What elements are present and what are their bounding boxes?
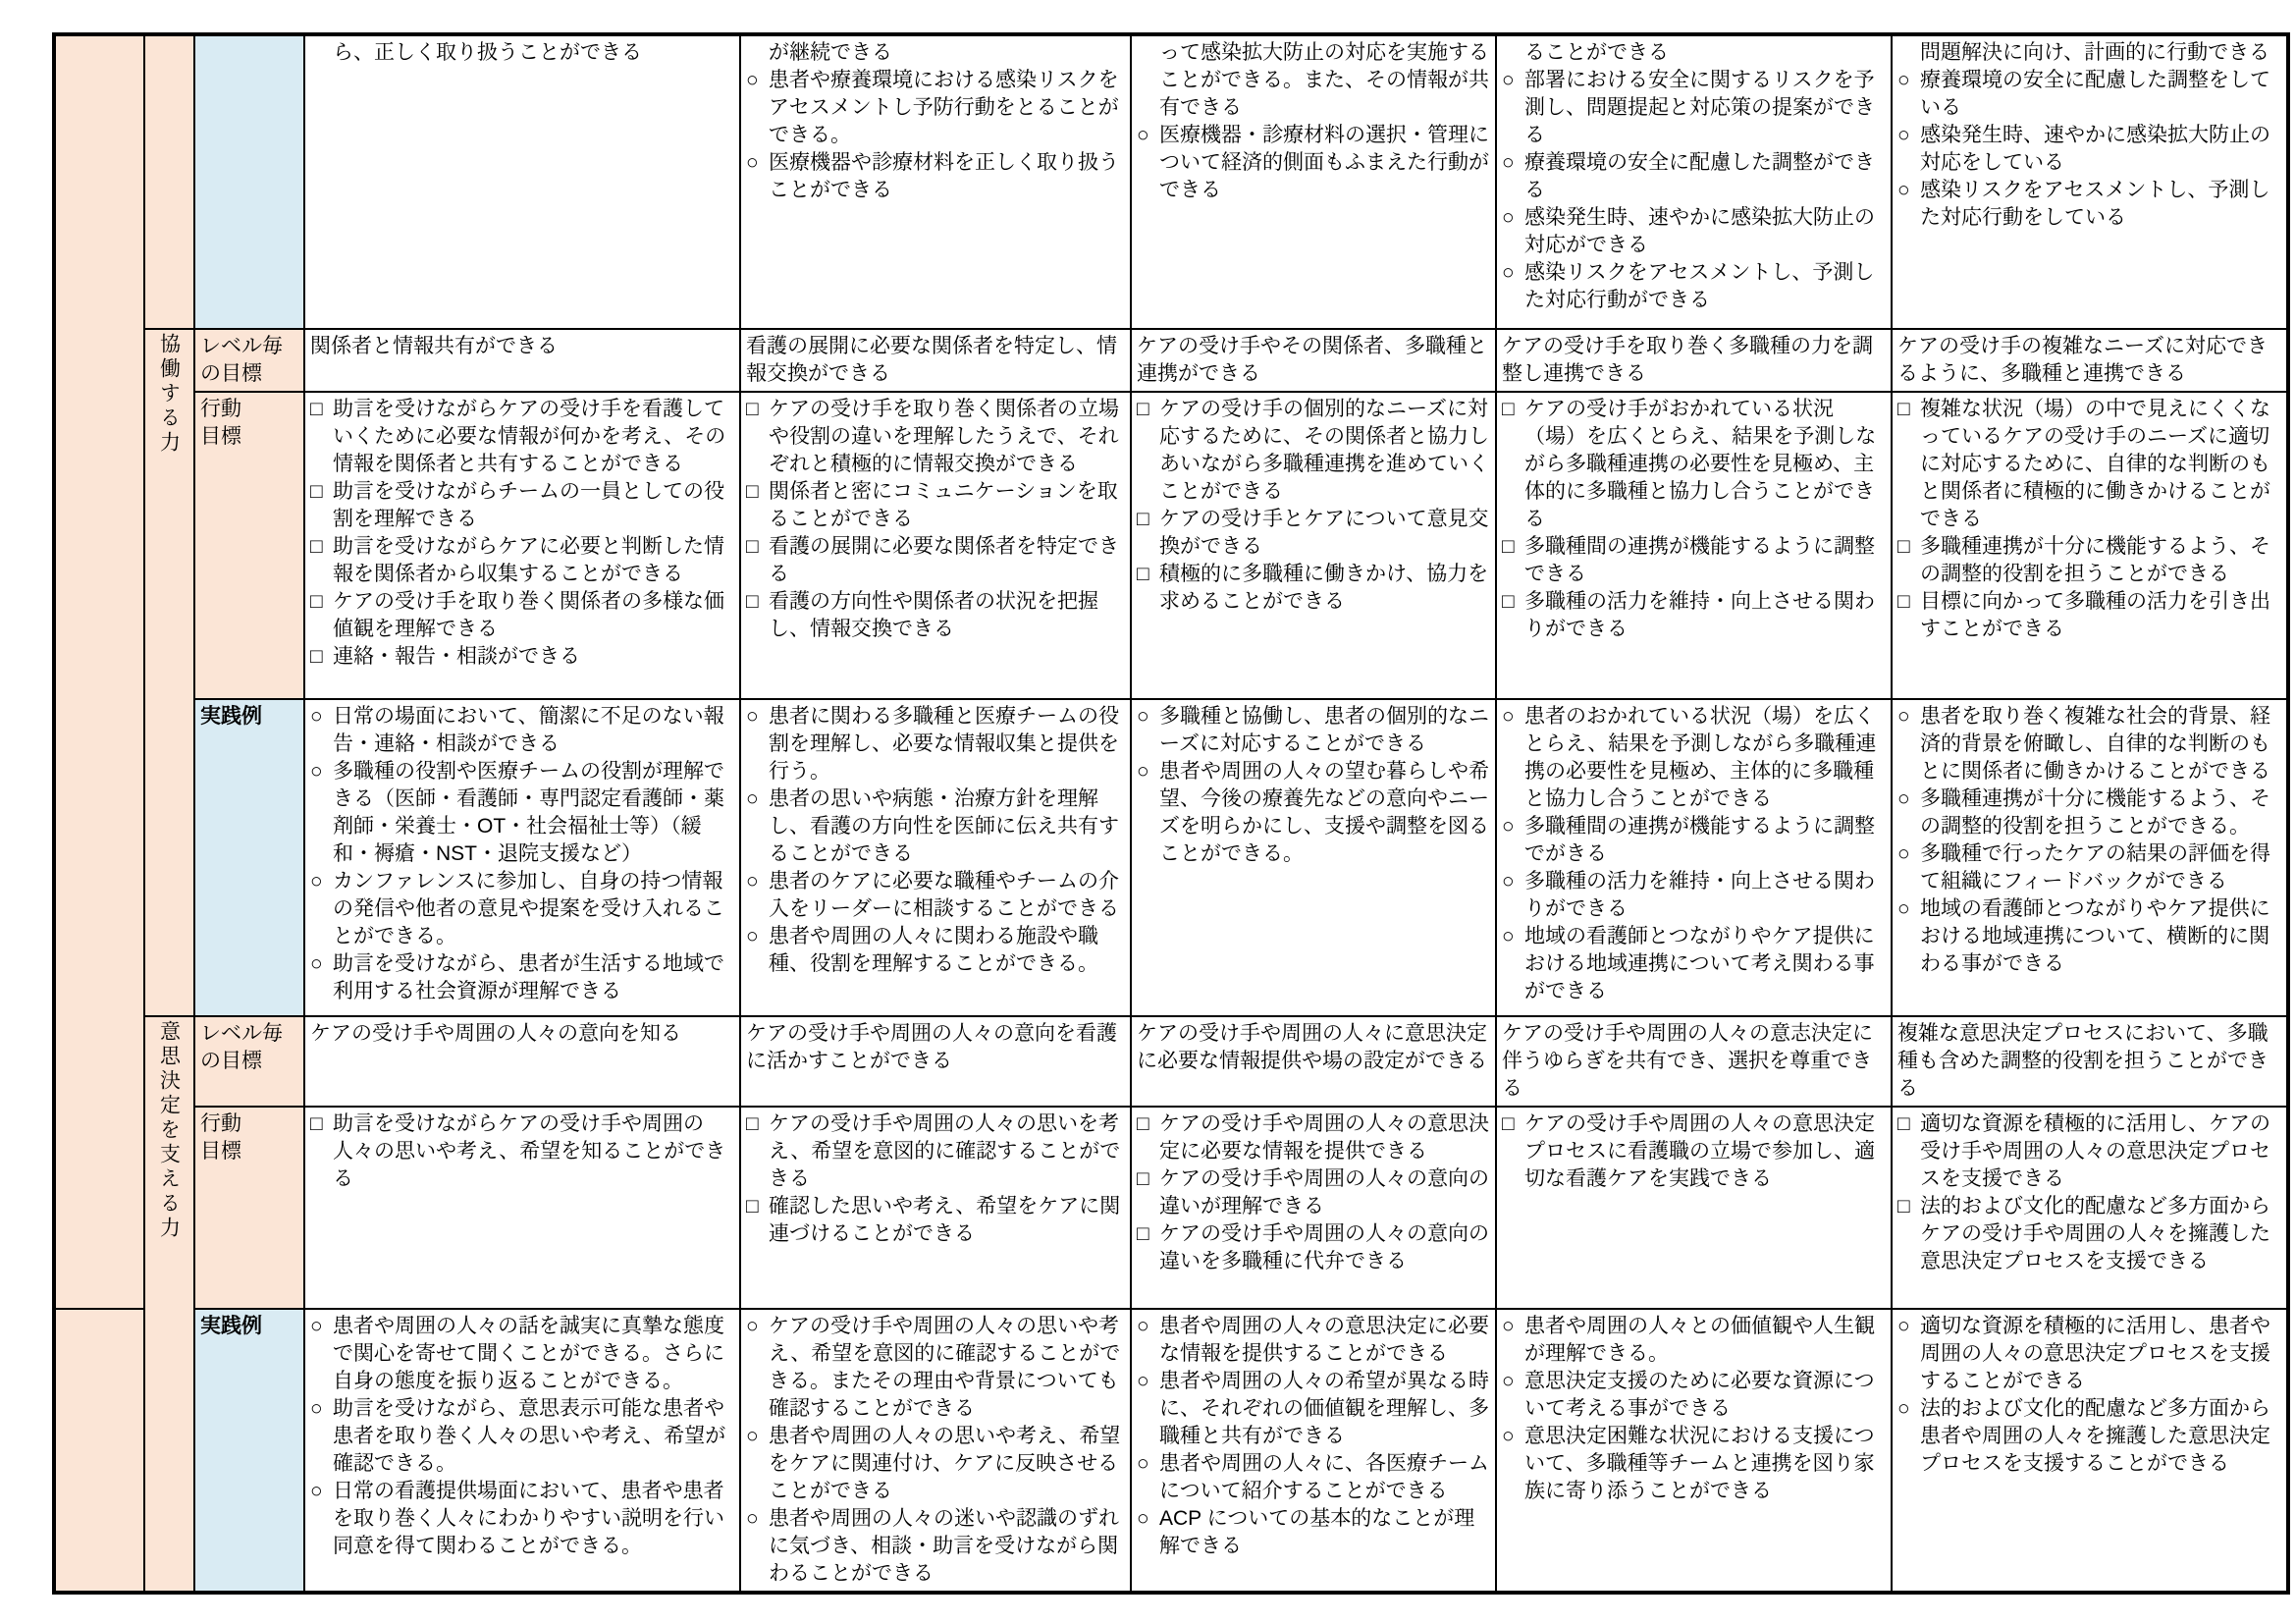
circle-marker: ○ [1502, 1423, 1524, 1450]
item-text: 療養環境の安全に配慮した調整ができる [1524, 149, 1885, 204]
cell-item: □助言を受けながらチームの一員としての役割を理解できる [310, 478, 733, 533]
item-text: 感染リスクをアセスメントし、予測した対応行動をしている [1920, 177, 2280, 232]
cell-item: □ケアの受け手や周囲の人々の意向の違いが理解できる [1137, 1165, 1489, 1220]
item-text: 助言を受けながらケアに必要と判断した情報を関係者から収集することができる [333, 533, 733, 588]
cell-item: ○日常の看護提供場面において、患者や患者を取り巻く人々にわかりやすい説明を行い同… [310, 1478, 733, 1560]
cell-item: ○感染リスクをアセスメントし、予測した対応行動ができる [1502, 259, 1885, 314]
cell-item: □連絡・報告・相談ができる [310, 643, 733, 671]
checkbox-marker: □ [746, 478, 769, 506]
section-title-decision: 意思決定を支える力 [157, 1020, 180, 1241]
checkbox-marker: □ [746, 588, 769, 616]
item-text: 助言を受けながら、意思表示可能な患者や患者を取り巻く人々の思いや考え、希望が確認… [333, 1395, 733, 1478]
checkbox-marker: □ [1897, 396, 1920, 423]
circle-marker: ○ [746, 67, 769, 94]
checkbox-marker: □ [310, 396, 333, 423]
circle-marker: ○ [1502, 868, 1524, 895]
cell-collab-goal-level5: ケアの受け手の複雑なニーズに対応できるように、多職種と連携できる [1892, 329, 2288, 392]
item-text: ケアの受け手の個別的なニーズに対応するために、その関係者と協力しあいながら多職種… [1159, 396, 1489, 506]
item-text: 連絡・報告・相談ができる [333, 643, 733, 671]
row-label-goal-collab: レベル毎 の目標 [194, 329, 304, 392]
item-text: 患者のケアに必要な職種やチームの介入をリーダーに相談することができる [769, 868, 1124, 923]
cell-item: ○意思決定支援のために必要な資源について考える事ができる [1502, 1368, 1885, 1423]
checkbox-marker: □ [746, 1110, 769, 1138]
item-text: 感染リスクをアセスメントし、予測した対応行動ができる [1524, 259, 1885, 314]
item-text: 地域の看護師とつながりやケア提供における地域連携について考え関わる事ができる [1524, 923, 1885, 1005]
item-text: 多職種の活力を維持・向上させる関わりができる [1524, 868, 1885, 923]
item-text: ることができる [1524, 39, 1885, 67]
circle-marker: ○ [310, 868, 333, 895]
item-text: 地域の看護師とつながりやケア提供における地域連携について、横断的に関わる事ができ… [1920, 895, 2280, 978]
checkbox-marker: □ [310, 478, 333, 506]
cell-item: ○医療機器・診療材料の選択・管理について経済的側面もふまえた行動ができる [1137, 122, 1489, 204]
cell-item: □助言を受けながらケアに必要と判断した情報を関係者から収集することができる [310, 533, 733, 588]
item-text: 部署における安全に関するリスクを予測し、問題提起と対応策の提案ができる [1524, 67, 1885, 149]
row-decision-goal: 意思決定を支える力 レベル毎 の目標 ケアの受け手や周囲の人々の意向を知る ケア… [54, 1016, 2288, 1107]
row-collaboration-goal: 協働する力 レベル毎 の目標 関係者と情報共有ができる 看護の展開に必要な関係者… [54, 329, 2288, 392]
cell-item: ○患者を取り巻く複雑な社会的背景、経済的背景を俯瞰し、自律的な判断のもとに関係者… [1897, 703, 2280, 785]
circle-marker: ○ [1137, 1505, 1159, 1533]
cell-item: ○感染リスクをアセスメントし、予測した対応行動をしている [1897, 177, 2280, 232]
item-text: カンファレンスに参加し、自身の持つ情報の発信や他者の意見や提案を受け入れることが… [333, 868, 733, 950]
cell-decision-action-level1: □助言を受けながらケアの受け手や周囲の人々の思いや考え、希望を知ることができる [304, 1107, 740, 1309]
circle-marker: ○ [310, 1478, 333, 1505]
item-text: 患者や周囲の人々の思いや考え、希望をケアに関連付け、ケアに反映させることができる [769, 1423, 1124, 1505]
item-text: ら、正しく取り扱うことができる [333, 39, 733, 67]
item-text: 積極的に多職種に働きかけ、協力を求めることができる [1159, 561, 1489, 616]
circle-marker: ○ [1897, 703, 1920, 731]
left-margin-cell-bottom [54, 1309, 144, 1593]
item-text: 適切な資源を積極的に活用し、ケアの受け手や周囲の人々の意思決定プロセスを支援でき… [1920, 1110, 2280, 1193]
cell-item: □ケアの受け手を取り巻く関係者の多様な価値観を理解できる [310, 588, 733, 643]
item-text: が継続できる [769, 39, 1124, 67]
section-cell-collaboration: 協働する力 [144, 329, 194, 1016]
cell-collab-action-level2: □ケアの受け手を取り巻く関係者の立場や役割の違いを理解したうえで、それぞれと積極… [740, 392, 1131, 699]
item-text: 患者や周囲の人々に関わる施設や職種、役割を理解することができる。 [769, 923, 1124, 978]
cell-item: ○日常の場面において、簡潔に不足のない報告・連絡・相談ができる [310, 703, 733, 758]
item-text: 多職種間の連携が機能するように調整できる [1524, 533, 1885, 588]
cell-decision-practice-level1: ○患者や周囲の人々の話を誠実に真摯な態度で関心を寄せて聞くことができる。さらに自… [304, 1309, 740, 1593]
checkbox-marker: □ [1897, 588, 1920, 616]
cell-item: ○多職種間の連携が機能するように調整でがきる [1502, 813, 1885, 868]
cell-item: ○患者の思いや病態・治療方針を理解し、看護の方向性を医師に伝え共有することができ… [746, 785, 1124, 868]
circle-marker: ○ [746, 1313, 769, 1340]
cell-item: ○感染発生時、速やかに感染拡大防止の対応ができる [1502, 204, 1885, 259]
item-text: 意思決定支援のために必要な資源について考える事ができる [1524, 1368, 1885, 1423]
section-cell-decision: 意思決定を支える力 [144, 1016, 194, 1593]
item-text: ACP についての基本的なことが理解できる [1159, 1505, 1489, 1560]
item-text: 医療機器や診療材料を正しく取り扱うことができる [769, 149, 1124, 204]
cell-collab-goal-level1: 関係者と情報共有ができる [304, 329, 740, 392]
cell-item: ○医療機器や診療材料を正しく取り扱うことができる [746, 149, 1124, 204]
cell-collab-goal-level4: ケアの受け手を取り巻く多職種の力を調整し連携できる [1496, 329, 1892, 392]
checkbox-marker: □ [1502, 396, 1524, 423]
item-text: 感染発生時、速やかに感染拡大防止の対応をしている [1920, 122, 2280, 177]
cell-decision-action-level4: □ケアの受け手や周囲の人々の意思決定プロセスに看護職の立場で参加し、適切な看護ケ… [1496, 1107, 1892, 1309]
cell-collab-action-level1: □助言を受けながらケアの受け手を看護していくために必要な情報が何かを考え、その情… [304, 392, 740, 699]
row-label-action-decision: 行動 目標 [194, 1107, 304, 1309]
cell-item: □確認した思いや考え、希望をケアに関連づけることができる [746, 1193, 1124, 1248]
checkbox-marker: □ [1502, 588, 1524, 616]
cell-item: □看護の方向性や関係者の状況を把握し、情報交換できる [746, 588, 1124, 643]
circle-marker: ○ [1502, 923, 1524, 950]
cell-item: □法的および文化的配慮など多方面からケアの受け手や周囲の人々を擁護した意思決定プ… [1897, 1193, 2280, 1275]
circle-marker: ○ [1502, 1313, 1524, 1340]
checkbox-marker: □ [746, 396, 769, 423]
cell-decision-action-level5: □適切な資源を積極的に活用し、ケアの受け手や周囲の人々の意思決定プロセスを支援で… [1892, 1107, 2288, 1309]
cell-cont-level1: ら、正しく取り扱うことができる [304, 34, 740, 329]
cell-item: ○患者や周囲の人々の希望が異なる時に、それぞれの価値観を理解し、多職種と共有がで… [1137, 1368, 1489, 1450]
section-label-spacer [144, 34, 194, 329]
item-text: 助言を受けながらケアの受け手や周囲の人々の思いや考え、希望を知ることができる [333, 1110, 733, 1193]
cell-item: ○部署における安全に関するリスクを予測し、問題提起と対応策の提案ができる [1502, 67, 1885, 149]
circle-marker: ○ [746, 923, 769, 950]
item-text: 多職種連携が十分に機能するよう、その調整的役割を担うことができる。 [1920, 785, 2280, 840]
left-margin-cell [54, 34, 144, 1309]
cell-item: ○患者や周囲の人々の望む暮らしや希望、今後の療養先などの意向やニーズを明らかにし… [1137, 758, 1489, 868]
circle-marker: ○ [746, 868, 769, 895]
checkbox-marker: □ [1137, 1110, 1159, 1138]
item-text: 看護の方向性や関係者の状況を把握し、情報交換できる [769, 588, 1124, 643]
circle-marker: ○ [1137, 1450, 1159, 1478]
item-text: ケアの受け手や周囲の人々の意思決定に必要な情報を提供できる [1159, 1110, 1489, 1165]
cell-item: □多職種間の連携が機能するように調整できる [1502, 533, 1885, 588]
cell-item: 問題解決に向け、計画的に行動できる [1897, 39, 2280, 67]
item-text: 患者や周囲の人々との価値観や人生観が理解できる。 [1524, 1313, 1885, 1368]
cell-item: □多職種連携が十分に機能するよう、その調整的役割を担うことができる [1897, 533, 2280, 588]
cell-decision-practice-level5: ○適切な資源を積極的に活用し、患者や周囲の人々の意思決定プロセスを支援することが… [1892, 1309, 2288, 1593]
row-collaboration-practice: 実践例 ○日常の場面において、簡潔に不足のない報告・連絡・相談ができる○多職種の… [54, 699, 2288, 1016]
circle-marker: ○ [1137, 1368, 1159, 1395]
cell-item: ○感染発生時、速やかに感染拡大防止の対応をしている [1897, 122, 2280, 177]
circle-marker: ○ [1897, 1395, 1920, 1423]
row-collaboration-action: 行動 目標 □助言を受けながらケアの受け手を看護していくために必要な情報が何かを… [54, 392, 2288, 699]
cell-decision-goal-level4: ケアの受け手や周囲の人々の意志決定に伴うゆらぎを共有でき、選択を尊重できる [1496, 1016, 1892, 1107]
circle-marker: ○ [746, 149, 769, 177]
item-text: ケアの受け手がおかれている状況（場）を広くとらえ、結果を予測しながら多職種連携の… [1524, 396, 1885, 533]
circle-marker: ○ [746, 1423, 769, 1450]
cell-item: ○患者や周囲の人々の思いや考え、希望をケアに関連付け、ケアに反映させることができ… [746, 1423, 1124, 1505]
item-text: 患者や周囲の人々の希望が異なる時に、それぞれの価値観を理解し、多職種と共有ができ… [1159, 1368, 1489, 1450]
section-title-collaboration: 協働する力 [157, 333, 180, 456]
item-text: って感染拡大防止の対応を実施することができる。また、その情報が共有できる [1159, 39, 1489, 122]
item-text: 助言を受けながらチームの一員としての役割を理解できる [333, 478, 733, 533]
item-text: ケアの受け手とケアについて意見交換ができる [1159, 506, 1489, 561]
checkbox-marker: □ [1897, 1110, 1920, 1138]
item-text: 医療機器・診療材料の選択・管理について経済的側面もふまえた行動ができる [1159, 122, 1489, 204]
item-text: 適切な資源を積極的に活用し、患者や周囲の人々の意思決定プロセスを支援することがで… [1920, 1313, 2280, 1395]
item-text: 多職種と協働し、患者の個別的なニーズに対応することができる [1159, 703, 1489, 758]
item-text: ケアの受け手や周囲の人々の思いや考え、希望を意図的に確認することができる。またそ… [769, 1313, 1124, 1423]
item-text: 意思決定困難な状況における支援について、多職種等チームと連携を図り家族に寄り添う… [1524, 1423, 1885, 1505]
item-text: 多職種の役割や医療チームの役割が理解できる（医師・看護師・専門認定看護師・薬剤師… [333, 758, 733, 868]
cell-item: ○助言を受けながら、意思表示可能な患者や患者を取り巻く人々の思いや考え、希望が確… [310, 1395, 733, 1478]
checkbox-marker: □ [310, 533, 333, 561]
cell-collab-action-level3: □ケアの受け手の個別的なニーズに対応するために、その関係者と協力しあいながら多職… [1131, 392, 1496, 699]
item-text: 助言を受けながら、患者が生活する地域で利用する社会資源が理解できる [333, 950, 733, 1005]
item-text: 患者の思いや病態・治療方針を理解し、看護の方向性を医師に伝え共有することができる [769, 785, 1124, 868]
cell-item: □助言を受けながらケアの受け手を看護していくために必要な情報が何かを考え、その情… [310, 396, 733, 478]
cell-decision-goal-level3: ケアの受け手や周囲の人々に意思決定に必要な情報提供や場の設定ができる [1131, 1016, 1496, 1107]
circle-marker: ○ [746, 703, 769, 731]
item-text: ケアの受け手や周囲の人々の意向の違いを多職種に代弁できる [1159, 1220, 1489, 1275]
cell-item: ○意思決定困難な状況における支援について、多職種等チームと連携を図り家族に寄り添… [1502, 1423, 1885, 1505]
item-text: ケアの受け手や周囲の人々の意思決定プロセスに看護職の立場で参加し、適切な看護ケア… [1524, 1110, 1885, 1193]
cell-decision-goal-level2: ケアの受け手や周囲の人々の意向を看護に活かすことができる [740, 1016, 1131, 1107]
item-text: 療養環境の安全に配慮した調整をしている [1920, 67, 2280, 122]
circle-marker: ○ [1897, 67, 1920, 94]
cell-item: □ケアの受け手や周囲の人々の意思決定プロセスに看護職の立場で参加し、適切な看護ケ… [1502, 1110, 1885, 1193]
item-text: ケアの受け手を取り巻く関係者の立場や役割の違いを理解したうえで、それぞれと積極的… [769, 396, 1124, 478]
item-text: 患者に関わる多職種と医療チームの役割を理解し、必要な情報収集と提供を行う。 [769, 703, 1124, 785]
checkbox-marker: □ [1502, 1110, 1524, 1138]
cell-decision-action-level3: □ケアの受け手や周囲の人々の意思決定に必要な情報を提供できる□ケアの受け手や周囲… [1131, 1107, 1496, 1309]
cell-item: ○多職種の役割や医療チームの役割が理解できる（医師・看護師・専門認定看護師・薬剤… [310, 758, 733, 868]
item-text: 患者や周囲の人々に、各医療チームについて紹介することができる [1159, 1450, 1489, 1505]
checkbox-marker: □ [1137, 396, 1159, 423]
checkbox-marker: □ [310, 1110, 333, 1138]
item-text: 日常の場面において、簡潔に不足のない報告・連絡・相談ができる [333, 703, 733, 758]
row-label-action-collab: 行動 目標 [194, 392, 304, 699]
cell-item: □ケアの受け手を取り巻く関係者の立場や役割の違いを理解したうえで、それぞれと積極… [746, 396, 1124, 478]
cell-item: ○カンファレンスに参加し、自身の持つ情報の発信や他者の意見や提案を受け入れること… [310, 868, 733, 950]
cell-collab-practice-level2: ○患者に関わる多職種と医療チームの役割を理解し、必要な情報収集と提供を行う。○患… [740, 699, 1131, 1016]
circle-marker: ○ [310, 703, 333, 731]
cell-item: ○療養環境の安全に配慮した調整ができる [1502, 149, 1885, 204]
circle-marker: ○ [1502, 703, 1524, 731]
checkbox-marker: □ [1137, 506, 1159, 533]
item-text: 感染発生時、速やかに感染拡大防止の対応ができる [1524, 204, 1885, 259]
cell-decision-practice-level3: ○患者や周囲の人々の意思決定に必要な情報を提供することができる○患者や周囲の人々… [1131, 1309, 1496, 1593]
cell-collab-practice-level1: ○日常の場面において、簡潔に不足のない報告・連絡・相談ができる○多職種の役割や医… [304, 699, 740, 1016]
checkbox-marker: □ [1897, 1193, 1920, 1220]
cell-item: ○多職種の活力を維持・向上させる関わりができる [1502, 868, 1885, 923]
checkbox-marker: □ [1137, 561, 1159, 588]
cell-item: が継続できる [746, 39, 1124, 67]
circle-marker: ○ [1502, 1368, 1524, 1395]
item-text: 多職種で行ったケアの結果の評価を得て組織にフィードバックができる [1920, 840, 2280, 895]
circle-marker: ○ [746, 1505, 769, 1533]
cell-item: ○患者や周囲の人々に、各医療チームについて紹介することができる [1137, 1450, 1489, 1505]
circle-marker: ○ [1897, 1313, 1920, 1340]
cell-item: ○ACP についての基本的なことが理解できる [1137, 1505, 1489, 1560]
cell-item: □目標に向かって多職種の活力を引き出すことができる [1897, 588, 2280, 643]
item-text: 複雑な状況（場）の中で見えにくくなっているケアの受け手のニーズに適切に対応するた… [1920, 396, 2280, 533]
cell-item: ○療養環境の安全に配慮した調整をしている [1897, 67, 2280, 122]
cell-item: ○患者や周囲の人々との価値観や人生観が理解できる。 [1502, 1313, 1885, 1368]
checkbox-marker: □ [1137, 1220, 1159, 1248]
cell-cont-level5: 問題解決に向け、計画的に行動できる○療養環境の安全に配慮した調整をしている○感染… [1892, 34, 2288, 329]
checkbox-marker: □ [746, 533, 769, 561]
circle-marker: ○ [1502, 204, 1524, 232]
cell-item: □ケアの受け手や周囲の人々の思いを考え、希望を意図的に確認することができる [746, 1110, 1124, 1193]
circle-marker: ○ [310, 950, 333, 978]
cell-item: ○助言を受けながら、患者が生活する地域で利用する社会資源が理解できる [310, 950, 733, 1005]
cell-item: ○患者や周囲の人々の話を誠実に真摯な態度で関心を寄せて聞くことができる。さらに自… [310, 1313, 733, 1395]
cell-item: ○患者や療養環境における感染リスクをアセスメントし予防行動をとることができる。 [746, 67, 1124, 149]
item-text: 多職種連携が十分に機能するよう、その調整的役割を担うことができる [1920, 533, 2280, 588]
circle-marker: ○ [1897, 122, 1920, 149]
circle-marker: ○ [310, 1395, 333, 1423]
item-text: 確認した思いや考え、希望をケアに関連づけることができる [769, 1193, 1124, 1248]
circle-marker: ○ [1502, 813, 1524, 840]
item-text: 目標に向かって多職種の活力を引き出すことができる [1920, 588, 2280, 643]
cell-item: □適切な資源を積極的に活用し、ケアの受け手や周囲の人々の意思決定プロセスを支援で… [1897, 1110, 2280, 1193]
cell-item: ○患者や周囲の人々に関わる施設や職種、役割を理解することができる。 [746, 923, 1124, 978]
clinical-ladder-table: ら、正しく取り扱うことができる が継続できる○患者や療養環境における感染リスクを… [52, 32, 2290, 1595]
row-decision-practice: 実践例 ○患者や周囲の人々の話を誠実に真摯な態度で関心を寄せて聞くことができる。… [54, 1309, 2288, 1593]
cell-decision-goal-level5: 複雑な意思決定プロセスにおいて、多職種も含めた調整的役割を担うことができる [1892, 1016, 2288, 1107]
item-text: ケアの受け手や周囲の人々の思いを考え、希望を意図的に確認することができる [769, 1110, 1124, 1193]
circle-marker: ○ [1137, 758, 1159, 785]
item-text: ケアの受け手を取り巻く関係者の多様な価値観を理解できる [333, 588, 733, 643]
cell-item: □ケアの受け手や周囲の人々の意思決定に必要な情報を提供できる [1137, 1110, 1489, 1165]
cell-decision-goal-level1: ケアの受け手や周囲の人々の意向を知る [304, 1016, 740, 1107]
cell-cont-level3: って感染拡大防止の対応を実施することができる。また、その情報が共有できる○医療機… [1131, 34, 1496, 329]
cell-item: ○患者や周囲の人々の迷いや認識のずれに気づき、相談・助言を受けながら関わることが… [746, 1505, 1124, 1588]
cell-item: □ケアの受け手がおかれている状況（場）を広くとらえ、結果を予測しながら多職種連携… [1502, 396, 1885, 533]
cell-decision-practice-level2: ○ケアの受け手や周囲の人々の思いや考え、希望を意図的に確認することができる。また… [740, 1309, 1131, 1593]
cell-item: ○患者のケアに必要な職種やチームの介入をリーダーに相談することができる [746, 868, 1124, 923]
cell-item: □ケアの受け手や周囲の人々の意向の違いを多職種に代弁できる [1137, 1220, 1489, 1275]
item-text: 多職種の活力を維持・向上させる関わりができる [1524, 588, 1885, 643]
cell-item: ら、正しく取り扱うことができる [310, 39, 733, 67]
circle-marker: ○ [1897, 177, 1920, 204]
cell-collab-practice-level5: ○患者を取り巻く複雑な社会的背景、経済的背景を俯瞰し、自律的な判断のもとに関係者… [1892, 699, 2288, 1016]
cell-item: ○多職種と協働し、患者の個別的なニーズに対応することができる [1137, 703, 1489, 758]
cell-cont-level4: ることができる○部署における安全に関するリスクを予測し、問題提起と対応策の提案が… [1496, 34, 1892, 329]
circle-marker: ○ [1502, 67, 1524, 94]
circle-marker: ○ [1137, 122, 1159, 149]
cell-collab-action-level5: □複雑な状況（場）の中で見えにくくなっているケアの受け手のニーズに適切に対応する… [1892, 392, 2288, 699]
cell-item: ○患者や周囲の人々の意思決定に必要な情報を提供することができる [1137, 1313, 1489, 1368]
cell-item: □ケアの受け手とケアについて意見交換ができる [1137, 506, 1489, 561]
checkbox-marker: □ [1897, 533, 1920, 561]
circle-marker: ○ [1502, 259, 1524, 287]
item-text: 法的および文化的配慮など多方面から患者や周囲の人々を擁護した意思決定プロセスを支… [1920, 1395, 2280, 1478]
row-label-practice-continued [194, 34, 304, 329]
cell-item: □ケアの受け手の個別的なニーズに対応するために、その関係者と協力しあいながら多職… [1137, 396, 1489, 506]
item-text: 問題解決に向け、計画的に行動できる [1920, 39, 2280, 67]
cell-decision-practice-level4: ○患者や周囲の人々との価値観や人生観が理解できる。○意思決定支援のために必要な資… [1496, 1309, 1892, 1593]
cell-item: ○適切な資源を積極的に活用し、患者や周囲の人々の意思決定プロセスを支援することが… [1897, 1313, 2280, 1395]
checkbox-marker: □ [310, 588, 333, 616]
cell-item: ○患者に関わる多職種と医療チームの役割を理解し、必要な情報収集と提供を行う。 [746, 703, 1124, 785]
circle-marker: ○ [1897, 895, 1920, 923]
cell-cont-level2: が継続できる○患者や療養環境における感染リスクをアセスメントし予防行動をとること… [740, 34, 1131, 329]
cell-item: □多職種の活力を維持・向上させる関わりができる [1502, 588, 1885, 643]
item-text: 患者を取り巻く複雑な社会的背景、経済的背景を俯瞰し、自律的な判断のもとに関係者に… [1920, 703, 2280, 785]
circle-marker: ○ [310, 1313, 333, 1340]
cell-item: ○多職種で行ったケアの結果の評価を得て組織にフィードバックができる [1897, 840, 2280, 895]
cell-item: ることができる [1502, 39, 1885, 67]
cell-item: ○地域の看護師とつながりやケア提供における地域連携について考え関わる事ができる [1502, 923, 1885, 1005]
cell-item: □関係者と密にコミュニケーションを取ることができる [746, 478, 1124, 533]
cell-item: □看護の展開に必要な関係者を特定できる [746, 533, 1124, 588]
document-page: ら、正しく取り扱うことができる が継続できる○患者や療養環境における感染リスクを… [0, 0, 2296, 1624]
checkbox-marker: □ [1502, 533, 1524, 561]
cell-item: □積極的に多職種に働きかけ、協力を求めることができる [1137, 561, 1489, 616]
cell-collab-goal-level3: ケアの受け手やその関係者、多職種と連携ができる [1131, 329, 1496, 392]
cell-item: ○患者のおかれている状況（場）を広くとらえ、結果を予測しながら多職種連携の必要性… [1502, 703, 1885, 813]
item-text: 患者や療養環境における感染リスクをアセスメントし予防行動をとることができる。 [769, 67, 1124, 149]
circle-marker: ○ [1137, 1313, 1159, 1340]
cell-item: ○地域の看護師とつながりやケア提供における地域連携について、横断的に関わる事がで… [1897, 895, 2280, 978]
item-text: 患者や周囲の人々の迷いや認識のずれに気づき、相談・助言を受けながら関わることがで… [769, 1505, 1124, 1588]
cell-item: ○多職種連携が十分に機能するよう、その調整的役割を担うことができる。 [1897, 785, 2280, 840]
item-text: 多職種間の連携が機能するように調整でがきる [1524, 813, 1885, 868]
item-text: 看護の展開に必要な関係者を特定できる [769, 533, 1124, 588]
checkbox-marker: □ [310, 643, 333, 671]
circle-marker: ○ [746, 785, 769, 813]
circle-marker: ○ [1137, 703, 1159, 731]
checkbox-marker: □ [746, 1193, 769, 1220]
checkbox-marker: □ [1137, 1165, 1159, 1193]
circle-marker: ○ [1897, 785, 1920, 813]
cell-collab-goal-level2: 看護の展開に必要な関係者を特定し、情報交換ができる [740, 329, 1131, 392]
row-label-goal-decision: レベル毎 の目標 [194, 1016, 304, 1107]
item-text: 患者のおかれている状況（場）を広くとらえ、結果を予測しながら多職種連携の必要性を… [1524, 703, 1885, 813]
circle-marker: ○ [1897, 840, 1920, 868]
cell-collab-practice-level3: ○多職種と協働し、患者の個別的なニーズに対応することができる○患者や周囲の人々の… [1131, 699, 1496, 1016]
circle-marker: ○ [1502, 149, 1524, 177]
cell-collab-practice-level4: ○患者のおかれている状況（場）を広くとらえ、結果を予測しながら多職種連携の必要性… [1496, 699, 1892, 1016]
cell-item: □複雑な状況（場）の中で見えにくくなっているケアの受け手のニーズに適切に対応する… [1897, 396, 2280, 533]
cell-item: ○ケアの受け手や周囲の人々の思いや考え、希望を意図的に確認することができる。また… [746, 1313, 1124, 1423]
item-text: ケアの受け手や周囲の人々の意向の違いが理解できる [1159, 1165, 1489, 1220]
circle-marker: ○ [310, 758, 333, 785]
cell-item: □助言を受けながらケアの受け手や周囲の人々の思いや考え、希望を知ることができる [310, 1110, 733, 1193]
item-text: 患者や周囲の人々の望む暮らしや希望、今後の療養先などの意向やニーズを明らかにし、… [1159, 758, 1489, 868]
cell-item: って感染拡大防止の対応を実施することができる。また、その情報が共有できる [1137, 39, 1489, 122]
item-text: 法的および文化的配慮など多方面からケアの受け手や周囲の人々を擁護した意思決定プロ… [1920, 1193, 2280, 1275]
cell-item: ○法的および文化的配慮など多方面から患者や周囲の人々を擁護した意思決定プロセスを… [1897, 1395, 2280, 1478]
item-text: 関係者と密にコミュニケーションを取ることができる [769, 478, 1124, 533]
item-text: 患者や周囲の人々の話を誠実に真摯な態度で関心を寄せて聞くことができる。さらに自身… [333, 1313, 733, 1395]
row-decision-action: 行動 目標 □助言を受けながらケアの受け手や周囲の人々の思いや考え、希望を知るこ… [54, 1107, 2288, 1309]
item-text: 患者や周囲の人々の意思決定に必要な情報を提供することができる [1159, 1313, 1489, 1368]
row-label-practice-decision: 実践例 [194, 1309, 304, 1593]
item-text: 日常の看護提供場面において、患者や患者を取り巻く人々にわかりやすい説明を行い同意… [333, 1478, 733, 1560]
cell-collab-action-level4: □ケアの受け手がおかれている状況（場）を広くとらえ、結果を予測しながら多職種連携… [1496, 392, 1892, 699]
row-label-practice-collab: 実践例 [194, 699, 304, 1016]
cell-decision-action-level2: □ケアの受け手や周囲の人々の思いを考え、希望を意図的に確認することができる□確認… [740, 1107, 1131, 1309]
item-text: 助言を受けながらケアの受け手を看護していくために必要な情報が何かを考え、その情報… [333, 396, 733, 478]
row-continuation: ら、正しく取り扱うことができる が継続できる○患者や療養環境における感染リスクを… [54, 34, 2288, 329]
